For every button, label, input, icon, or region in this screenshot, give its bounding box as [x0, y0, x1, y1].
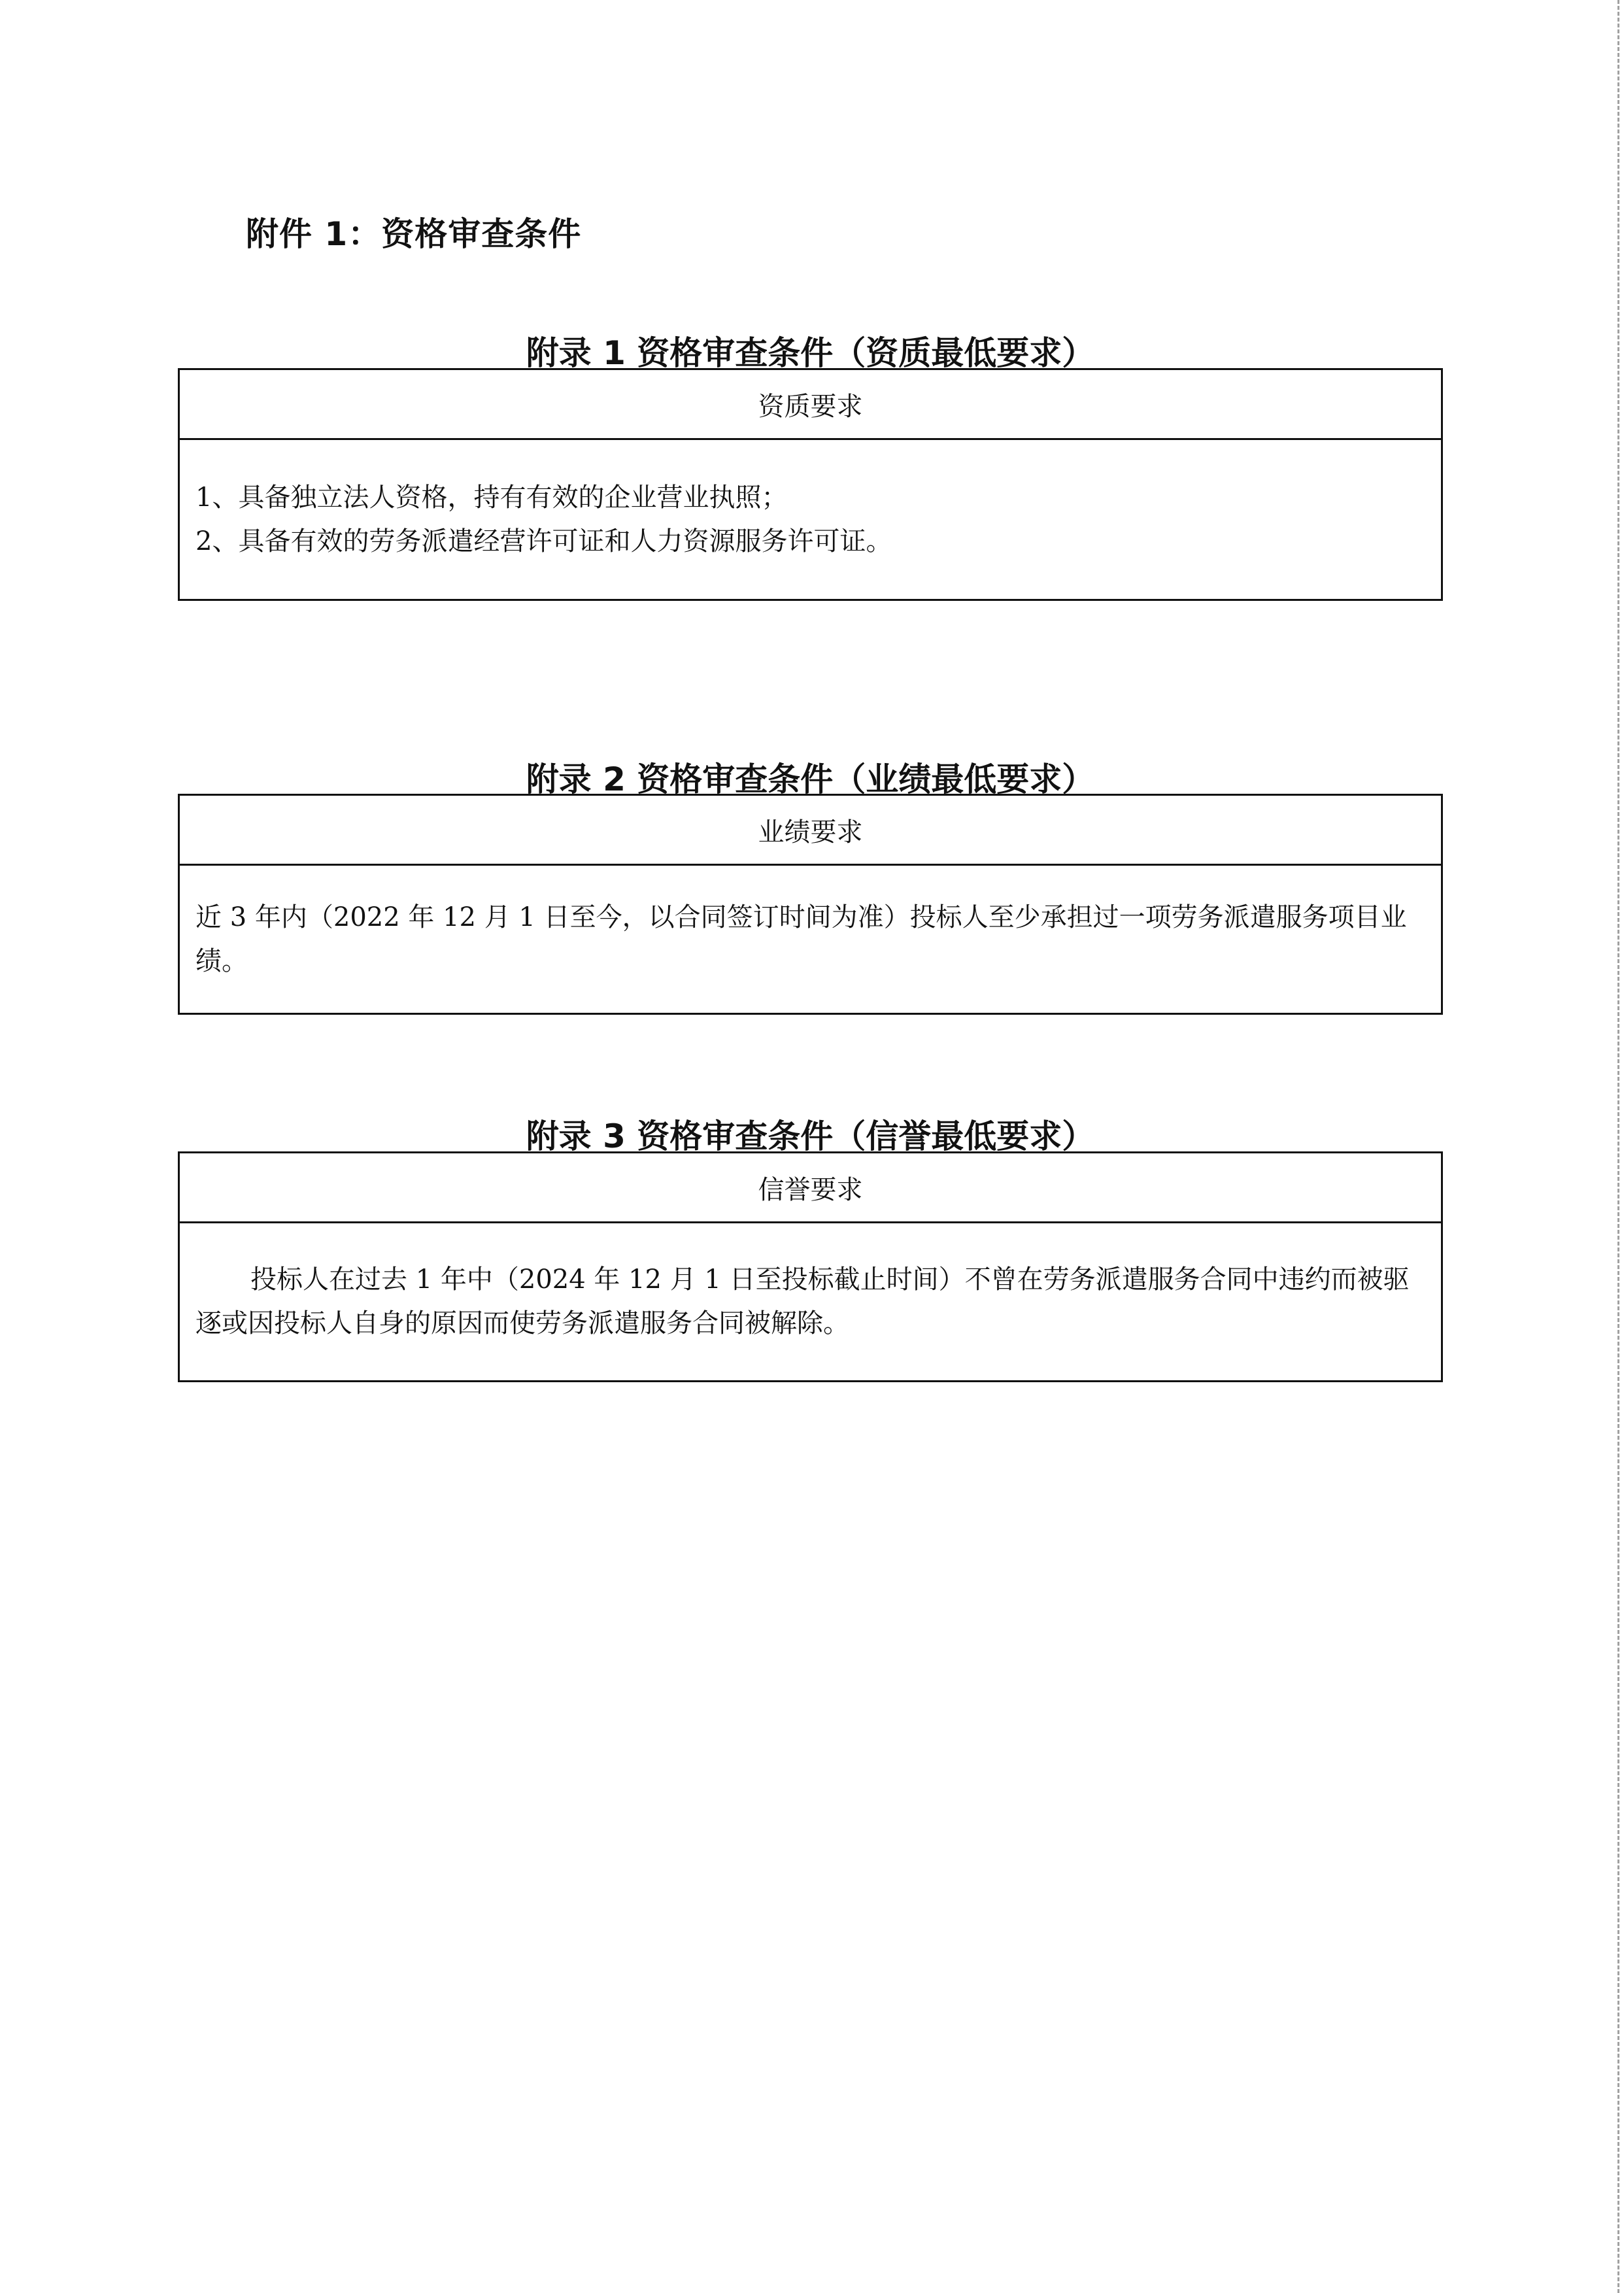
table-header: 信誉要求: [180, 1153, 1441, 1223]
table-body: 近 3 年内（2022 年 12 月 1 日至今，以合同签订时间为准）投标人至少…: [180, 866, 1441, 1013]
table-body: 1、具备独立法人资格，持有有效的企业营业执照； 2、具备有效的劳务派遣经营许可证…: [180, 440, 1441, 599]
requirement-item: 1、具备独立法人资格，持有有效的企业营业执照；: [195, 476, 1425, 520]
attachment-heading: 附件 1：资格审查条件: [246, 208, 581, 255]
performance-requirements-table: 业绩要求 近 3 年内（2022 年 12 月 1 日至今，以合同签订时间为准）…: [178, 794, 1443, 1015]
appendix-3-title: 附录 3 资格审查条件（信誉最低要求）: [178, 1110, 1443, 1157]
qualification-requirements-table: 资质要求 1、具备独立法人资格，持有有效的企业营业执照； 2、具备有效的劳务派遣…: [178, 368, 1443, 601]
scan-edge-line: [1617, 0, 1619, 2293]
requirement-item: 2、具备有效的劳务派遣经营许可证和人力资源服务许可证。: [195, 520, 1425, 564]
table-header: 资质要求: [180, 370, 1441, 440]
credit-requirements-table: 信誉要求 投标人在过去 1 年中（2024 年 12 月 1 日至投标截止时间）…: [178, 1151, 1443, 1382]
requirement-item: 近 3 年内（2022 年 12 月 1 日至今，以合同签订时间为准）投标人至少…: [195, 896, 1425, 983]
table-body: 投标人在过去 1 年中（2024 年 12 月 1 日至投标截止时间）不曾在劳务…: [180, 1223, 1441, 1380]
appendix-1-title: 附录 1 资格审查条件（资质最低要求）: [178, 327, 1443, 374]
requirement-item: 投标人在过去 1 年中（2024 年 12 月 1 日至投标截止时间）不曾在劳务…: [195, 1258, 1425, 1346]
table-header: 业绩要求: [180, 796, 1441, 866]
